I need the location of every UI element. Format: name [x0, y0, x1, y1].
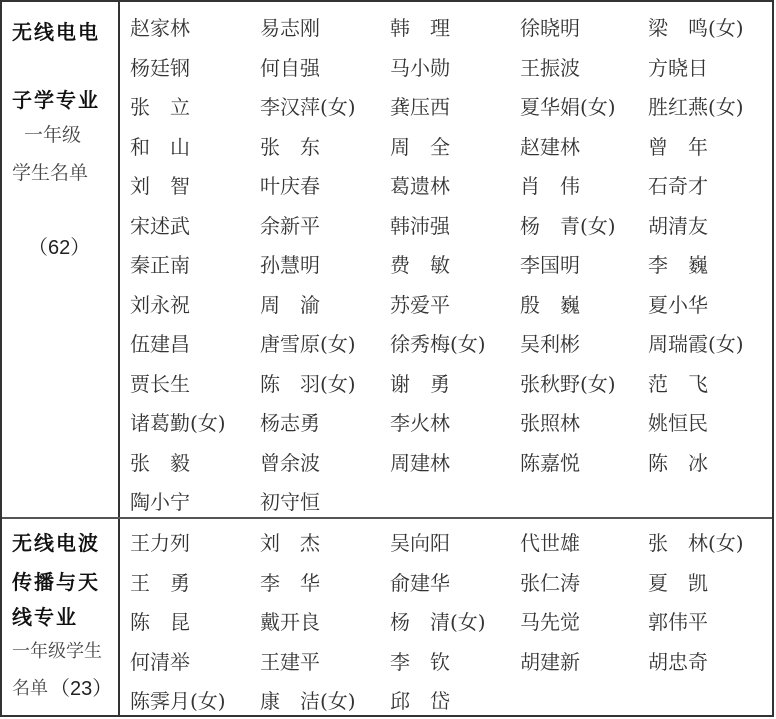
student-name: 邱 岱	[390, 682, 450, 719]
student-name: 陈霁月(女)	[130, 682, 226, 719]
section-label: 无线电电 子学专业 一年级 学生名单 （62）	[2, 2, 120, 517]
student-name: 代世雄	[520, 524, 580, 563]
student-name: 夏华娟(女)	[520, 88, 616, 127]
section-title-line1: 无线电电	[12, 16, 100, 45]
section-title-line1: 无线电波	[12, 527, 100, 556]
student-name: 王力列	[130, 524, 190, 563]
student-name: 陈 昆	[130, 603, 190, 642]
student-name: 孙慧明	[260, 246, 320, 285]
student-name: 李 华	[260, 564, 320, 603]
student-name: 周建林	[390, 444, 450, 483]
student-name: 胡清友	[648, 207, 708, 246]
student-name: 宋述武	[130, 207, 190, 246]
student-name: 徐秀梅(女)	[390, 325, 486, 364]
student-name: 郭伟平	[648, 603, 708, 642]
student-name: 秦正南	[130, 246, 190, 285]
section-title-line2: 子学专业	[12, 84, 100, 113]
student-name: 何清举	[130, 643, 190, 682]
student-name: 夏 凯	[648, 564, 708, 603]
student-name: 李国明	[520, 246, 580, 285]
student-name: 周 渝	[260, 286, 320, 325]
student-name: 王振波	[520, 49, 580, 88]
student-name: 刘 智	[130, 167, 190, 206]
student-name: 唐雪原(女)	[260, 325, 356, 364]
student-name: 杨 青(女)	[520, 207, 616, 246]
student-name: 叶庆春	[260, 167, 320, 206]
student-name: 夏小华	[648, 286, 708, 325]
student-name: 刘永祝	[130, 286, 190, 325]
student-name: 张 林(女)	[648, 524, 744, 563]
section-label: 无线电波 传播与天 线专业 一年级学生 名单 （23）	[2, 519, 120, 717]
student-name: 龚压西	[390, 88, 450, 127]
student-name: 李 钦	[390, 643, 450, 682]
student-name: 刘 杰	[260, 524, 320, 563]
section-radio-electronics: 无线电电 子学专业 一年级 学生名单 （62） 赵家林易志刚韩 理徐晓明梁 鸣(…	[2, 2, 772, 519]
student-name: 马先觉	[520, 603, 580, 642]
section-subtitle-line1: 一年级	[24, 120, 81, 147]
student-name: 马小勋	[390, 49, 450, 88]
student-name: 陈 冰	[648, 444, 708, 483]
student-name: 胡建新	[520, 643, 580, 682]
student-name: 康 洁(女)	[260, 682, 356, 719]
student-name: 苏爱平	[390, 286, 450, 325]
student-name: 胜红燕(女)	[648, 88, 744, 127]
student-name: 易志刚	[260, 9, 320, 48]
student-name: 张 东	[260, 128, 320, 167]
student-name: 梁 鸣(女)	[648, 9, 744, 48]
section-title-line3: 线专业	[12, 601, 78, 630]
student-roster-table: 无线电电 子学专业 一年级 学生名单 （62） 赵家林易志刚韩 理徐晓明梁 鸣(…	[0, 0, 774, 717]
student-name: 张仁涛	[520, 564, 580, 603]
student-name: 陈 羽(女)	[260, 365, 356, 404]
student-name: 殷 巍	[520, 286, 580, 325]
student-name: 戴开良	[260, 603, 320, 642]
student-name: 杨志勇	[260, 404, 320, 443]
student-name: 和 山	[130, 128, 190, 167]
student-name: 初守恒	[260, 483, 320, 522]
student-name: 伍建昌	[130, 325, 190, 364]
student-name: 陶小宁	[130, 483, 190, 522]
student-name: 石奇才	[648, 167, 708, 206]
student-name: 李 巍	[648, 246, 708, 285]
student-name: 曾余波	[260, 444, 320, 483]
student-name: 费 敏	[390, 246, 450, 285]
student-name: 赵建林	[520, 128, 580, 167]
student-name: 范 飞	[648, 365, 708, 404]
student-name: 张秋野(女)	[520, 365, 616, 404]
student-name: 李汉萍(女)	[260, 88, 356, 127]
section-subtitle-line1: 一年级学生	[12, 637, 102, 663]
student-name: 韩 理	[390, 9, 450, 48]
student-name: 曾 年	[648, 128, 708, 167]
student-name: 徐晓明	[520, 9, 580, 48]
student-name: 王 勇	[130, 564, 190, 603]
student-name: 姚恒民	[648, 404, 708, 443]
section-subtitle-line2: 名单	[12, 674, 48, 700]
student-name: 余新平	[260, 207, 320, 246]
student-name: 俞建华	[390, 564, 450, 603]
section-subtitle-line2: 学生名单	[12, 158, 88, 185]
student-name: 李火林	[390, 404, 450, 443]
student-name: 诸葛勤(女)	[130, 404, 226, 443]
student-name: 周瑞霞(女)	[648, 325, 744, 364]
student-name: 赵家林	[130, 9, 190, 48]
student-count: （23）	[50, 672, 112, 701]
student-name: 吴向阳	[390, 524, 450, 563]
section-radio-wave-antenna: 无线电波 传播与天 线专业 一年级学生 名单 （23） 王力列刘 杰吴向阳代世雄…	[2, 519, 772, 717]
student-name: 韩沛强	[390, 207, 450, 246]
student-name: 王建平	[260, 643, 320, 682]
student-name: 杨 清(女)	[390, 603, 486, 642]
student-name: 贾长生	[130, 365, 190, 404]
student-name: 张 毅	[130, 444, 190, 483]
student-name: 葛遗林	[390, 167, 450, 206]
section-title-line2: 传播与天	[12, 566, 100, 595]
student-name: 张照林	[520, 404, 580, 443]
student-name: 陈嘉悦	[520, 444, 580, 483]
student-name: 吴利彬	[520, 325, 580, 364]
student-name: 胡忠奇	[648, 643, 708, 682]
student-name: 肖 伟	[520, 167, 580, 206]
student-name: 谢 勇	[390, 365, 450, 404]
student-name: 张 立	[130, 88, 190, 127]
student-name: 杨廷钢	[130, 49, 190, 88]
student-name: 周 全	[390, 128, 450, 167]
student-name: 方晓日	[648, 49, 708, 88]
student-name: 何自强	[260, 49, 320, 88]
student-count: （62）	[28, 231, 90, 260]
